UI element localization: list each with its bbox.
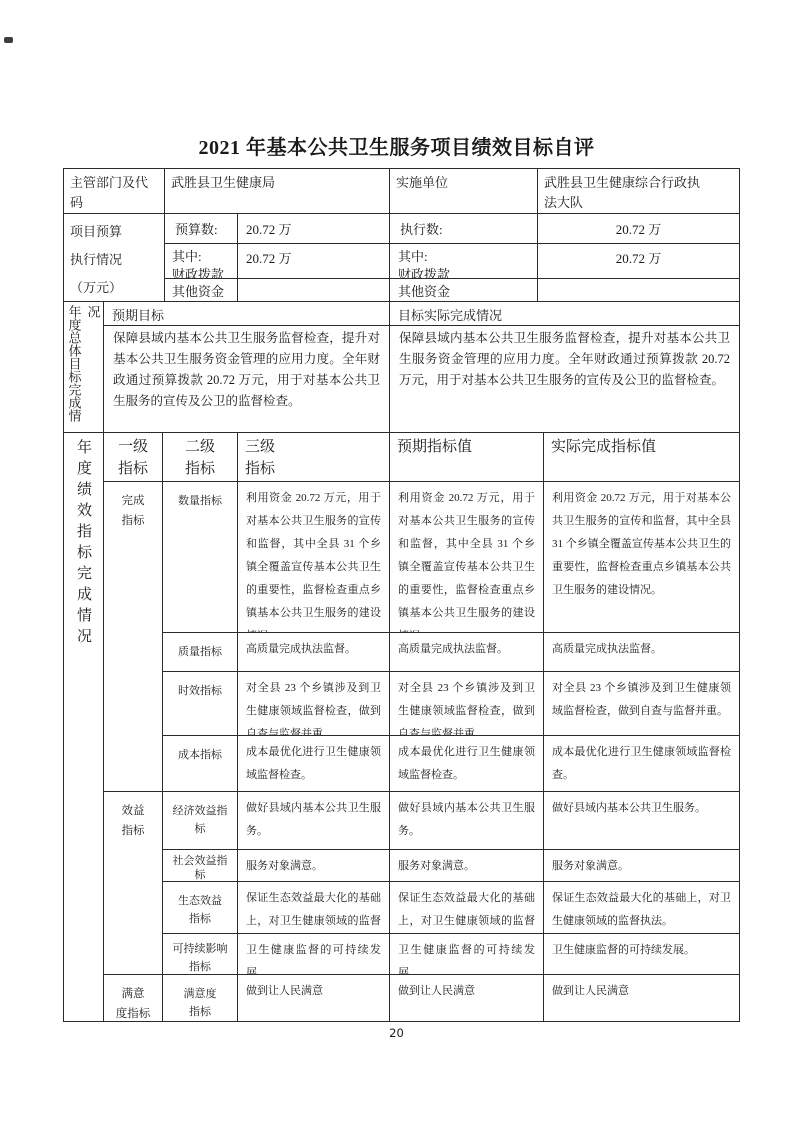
budget-label-other-left: 其他资金: [165, 279, 238, 302]
row-economic-level2: 经济效益指 标: [163, 792, 238, 850]
budget-label-executed: 执行数:: [390, 214, 538, 244]
row-ecological-expected: 保证生态效益最大化的基础上，对卫生健康领域的监督执法。: [390, 882, 544, 934]
row-satisfaction-level2: 满意度 指标: [163, 975, 238, 1021]
row-timeliness-actual: 对全县 23 个乡镇涉及到卫生健康领域监督检查，做到自查与监督并重。: [544, 672, 739, 736]
budget-value-budgeted: 20.72 万: [238, 214, 390, 244]
row-cost-expected: 成本最优化进行卫生健康领域监督检查。: [390, 736, 544, 792]
budget-section-label: 项目预算 执行情况 （万元）: [64, 214, 165, 302]
impl-unit-label: 实施单位: [390, 169, 538, 214]
row-quality-expected: 高质量完成执法监督。: [390, 633, 544, 672]
budget-label-budgeted: 预算数:: [165, 214, 238, 244]
indicators-section-label: 年度绩效指标完成情况: [64, 433, 104, 1021]
row-economic-expected: 做好县域内基本公共卫生服务。: [390, 792, 544, 850]
row-social-level2: 社会效益指 标: [163, 850, 238, 882]
row-quality-level2: 质量指标: [163, 633, 238, 672]
group-satisfaction-indicators: 满意 度指标: [104, 975, 163, 1021]
annual-goal-section-label-text: 年度总体目标完成情况: [65, 302, 103, 432]
row-timeliness-level3: 对全县 23 个乡镇涉及到卫生健康领域监督检查，做到自查与监督并重。: [238, 672, 390, 736]
budget-label-fiscal-left: 其中: 财政拨款: [165, 244, 238, 279]
row-satisfaction-actual: 做到让人民满意: [544, 975, 739, 1021]
budget-value-fiscal-right: 20.72 万: [538, 244, 739, 279]
row-ecological-actual: 保证生态效益最大化的基础上，对卫生健康领域的监督执法。: [544, 882, 739, 934]
page-number: 20: [0, 1026, 793, 1040]
row-quantity-level3: 利用资金 20.72 万元，用于对基本公共卫生服务的宣传和监督，其中全县 31 …: [238, 482, 390, 633]
row-quantity-actual: 利用资金 20.72 万元，用于对基本公共卫生服务的宣传和监督，其中全县 31 …: [544, 482, 739, 633]
actual-goal-text: 保障县域内基本公共卫生服务监督检查，提升对基本公共卫生服务资金管理的应用力度。全…: [390, 326, 739, 433]
expected-goal-text: 保障县域内基本公共卫生服务监督检查，提升对基本公共卫生服务资金管理的应用力度。全…: [104, 326, 390, 433]
row-ecological-level3: 保证生态效益最大化的基础上，对卫生健康领域的监督执法。: [238, 882, 390, 934]
scan-artifact-mark: [4, 37, 13, 43]
row-satisfaction-level3: 做到让人民满意: [238, 975, 390, 1021]
row-cost-actual: 成本最优化进行卫生健康领域监督检查。: [544, 736, 739, 792]
row-sustainable-level2: 可持续影响 指标: [163, 934, 238, 975]
row-social-actual: 服务对象满意。: [544, 850, 739, 882]
row-satisfaction-expected: 做到让人民满意: [390, 975, 544, 1021]
row-quantity-level2: 数量指标: [163, 482, 238, 633]
row-sustainable-expected: 卫生健康监督的可持续发展。: [390, 934, 544, 975]
dept-code-label: 主管部门及代 码: [64, 169, 165, 214]
row-economic-level3: 做好县域内基本公共卫生服务。: [238, 792, 390, 850]
row-quality-level3: 高质量完成执法监督。: [238, 633, 390, 672]
actual-goal-header: 目标实际完成情况: [390, 302, 739, 326]
row-quality-actual: 高质量完成执法监督。: [544, 633, 739, 672]
expected-goal-header: 预期目标: [104, 302, 390, 326]
header-level3: 三级 指标: [238, 433, 390, 482]
budget-value-fiscal-left: 20.72 万: [238, 244, 390, 279]
annual-goal-section-label: 年度总体目标完成情况: [64, 302, 104, 433]
row-economic-actual: 做好县域内基本公共卫生服务。: [544, 792, 739, 850]
budget-value-executed: 20.72 万: [538, 214, 739, 244]
impl-unit-value: 武胜县卫生健康综合行政执 法大队: [538, 169, 739, 214]
dept-value: 武胜县卫生健康局: [165, 169, 390, 214]
page-title: 2021 年基本公共卫生服务项目绩效目标自评: [0, 131, 793, 160]
header-expected-value: 预期指标值: [390, 433, 544, 482]
budget-value-other-left: [238, 279, 390, 302]
row-quantity-expected: 利用资金 20.72 万元，用于对基本公共卫生服务的宣传和监督，其中全县 31 …: [390, 482, 544, 633]
budget-label-other-right: 其他资金: [390, 279, 538, 302]
row-cost-level2: 成本指标: [163, 736, 238, 792]
header-level1: 一级 指标: [104, 433, 163, 482]
row-social-expected: 服务对象满意。: [390, 850, 544, 882]
group-completion-indicators: 完成 指标: [104, 482, 163, 792]
row-sustainable-level3: 卫生健康监督的可持续发展。: [238, 934, 390, 975]
row-sustainable-actual: 卫生健康监督的可持续发展。: [544, 934, 739, 975]
budget-value-other-right: [538, 279, 739, 302]
budget-label-fiscal-right: 其中: 财政拨款: [390, 244, 538, 279]
indicators-section-label-text: 年度绩效指标完成情况: [73, 433, 94, 649]
row-timeliness-level2: 时效指标: [163, 672, 238, 736]
evaluation-table: 主管部门及代 码 武胜县卫生健康局 实施单位 武胜县卫生健康综合行政执 法大队 …: [63, 168, 740, 1022]
row-ecological-level2: 生态效益 指标: [163, 882, 238, 934]
row-cost-level3: 成本最优化进行卫生健康领域监督检查。: [238, 736, 390, 792]
row-timeliness-expected: 对全县 23 个乡镇涉及到卫生健康领域监督检查，做到自查与监督并重。: [390, 672, 544, 736]
header-level2: 二级 指标: [163, 433, 238, 482]
header-actual-value: 实际完成指标值: [544, 433, 739, 482]
group-benefit-indicators: 效益 指标: [104, 792, 163, 975]
row-social-level3: 服务对象满意。: [238, 850, 390, 882]
